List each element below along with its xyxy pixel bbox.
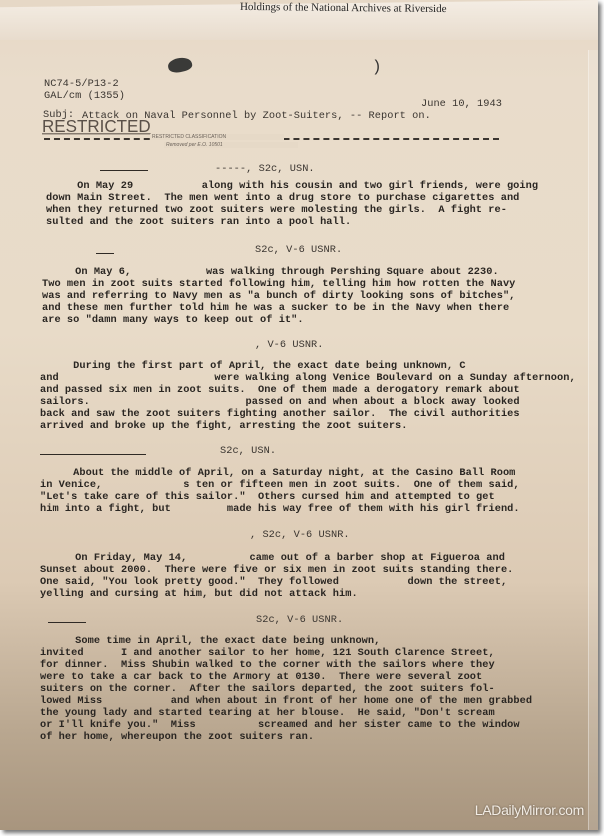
entry-line: arrived and broke up the fight, arrestin… bbox=[40, 420, 408, 432]
entry-line: of her home, whereupon the zoot suiters … bbox=[40, 731, 314, 743]
redacted-name-line bbox=[100, 170, 148, 171]
entry-line: him into a fight, but made his way free … bbox=[40, 503, 520, 515]
ref-code: GAL/cm (1355) bbox=[44, 90, 125, 102]
entry-line: in Venice, s ten or fifteen men in zoot … bbox=[40, 479, 520, 491]
document-photo: Holdings of the National Archives at Riv… bbox=[0, 0, 598, 830]
entry-line: yelling and cursing at him, but did not … bbox=[40, 588, 358, 600]
site-watermark: LADailyMirror.com bbox=[475, 802, 584, 818]
entry-line: About the middle of April, on a Saturday… bbox=[42, 467, 515, 479]
entry-line: On Friday, May 14, came out of a barber … bbox=[44, 552, 505, 564]
entry-heading: , S2c, V-6 USNR. bbox=[250, 529, 350, 541]
entry-line: down Main Street. The men went into a dr… bbox=[46, 192, 519, 204]
restricted-stamp: RESTRICTED bbox=[42, 117, 151, 138]
stray-mark: ) bbox=[372, 58, 382, 76]
entry-line: or I'll knife you." Miss screamed and he… bbox=[40, 719, 520, 731]
document-date: June 10, 1943 bbox=[421, 98, 502, 110]
entry-line: the young lady and started tearing at he… bbox=[40, 707, 495, 719]
entry-line: was and referring to Navy men as "a bunc… bbox=[42, 290, 515, 302]
entry-heading: S2c, V-6 USNR. bbox=[256, 614, 343, 626]
entry-heading: , V-6 USNR. bbox=[255, 339, 324, 351]
entry-line: During the first part of April, the exac… bbox=[42, 360, 466, 372]
entry-heading: S2c, USN. bbox=[220, 445, 276, 457]
ink-blot-mark bbox=[167, 56, 193, 75]
entry-line: On May 29 along with his cousin and two … bbox=[46, 180, 538, 192]
entry-line: are so "damn many ways to keep out of it… bbox=[42, 314, 304, 326]
entry-line: Two men in zoot suits started following … bbox=[42, 278, 515, 290]
entry-line: On May 6, was walking through Pershing S… bbox=[44, 266, 499, 278]
redacted-name-line bbox=[40, 454, 146, 455]
entry-line: Sunset about 2000. There were five or si… bbox=[40, 564, 513, 576]
entry-line: "Let's take care of this sailor." Others… bbox=[40, 491, 495, 503]
entry-line: sulted and the zoot suiters ran into a p… bbox=[46, 216, 351, 228]
entry-line: Some time in April, the exact date being… bbox=[44, 635, 380, 647]
entry-line: and were walking along Venice Boulevard … bbox=[40, 372, 576, 384]
entry-line: back and saw the zoot suiters fighting a… bbox=[40, 408, 520, 420]
entry-line: when they returned two zoot suiters were… bbox=[46, 204, 507, 216]
redacted-name-line bbox=[48, 622, 86, 623]
declassification-stamp: RESTRICTED CLASSIFICATION bbox=[150, 134, 284, 140]
entry-line: sailors. passed on and when about a bloc… bbox=[40, 396, 520, 408]
entry-line: One said, "You look pretty good." They f… bbox=[40, 576, 507, 588]
entry-line: and these men further told him he was a … bbox=[42, 302, 509, 314]
entry-line: lowed Miss and when about in front of he… bbox=[40, 695, 532, 707]
entry-line: suiters on the corner. After the sailors… bbox=[40, 683, 495, 695]
entry-line: and passed six men in zoot suits. One of… bbox=[40, 384, 520, 396]
entry-line: for dinner. Miss Shubin walked to the co… bbox=[40, 659, 495, 671]
page-edge bbox=[588, 50, 598, 830]
entry-line: were to take a car back to the Armory at… bbox=[40, 671, 482, 683]
entry-heading: -----, S2c, USN. bbox=[215, 163, 315, 175]
archive-caption: Holdings of the National Archives at Riv… bbox=[240, 1, 447, 15]
file-code: NC74-5/P13-2 bbox=[44, 78, 119, 90]
entry-line: invited I and another sailor to her home… bbox=[40, 647, 495, 659]
entry-heading: S2c, V-6 USNR. bbox=[255, 244, 342, 256]
redacted-name-line bbox=[96, 253, 114, 254]
declassification-note: Removed per E.O. 10501 bbox=[164, 142, 298, 148]
